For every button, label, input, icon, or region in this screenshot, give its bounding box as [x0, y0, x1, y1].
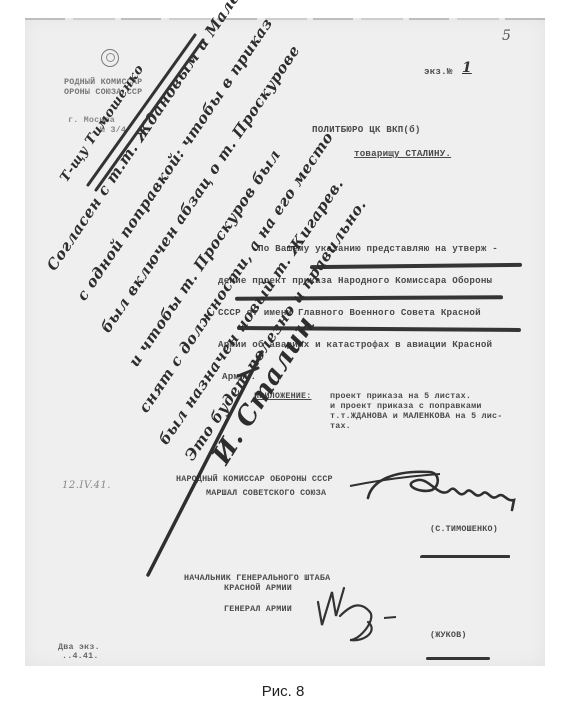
- underline-stroke: [426, 657, 490, 660]
- attachment-line-4: тах.: [330, 422, 351, 432]
- state-emblem-icon: [101, 49, 119, 67]
- attachment-line-3: т.т.ЖДАНОВА и МАЛЕНКОВА на 5 лис-: [330, 412, 502, 422]
- signatory1-title-line1: НАРОДНЫЙ КОМИССАР ОБОРОНЫ СССР: [176, 475, 333, 485]
- footer-line2: ..4.41.: [62, 652, 99, 662]
- date-note: 12.IV.41.: [62, 480, 111, 491]
- copy-number: 1: [462, 60, 472, 76]
- signatory2-title-line2: КРАСНОЙ АРМИИ: [224, 584, 292, 594]
- signatory2-name: (ЖУКОВ): [430, 631, 467, 641]
- signatory2-title-line3: ГЕНЕРАЛ АРМИИ: [224, 605, 292, 615]
- signatory1-name: (С.ТИМОШЕНКО): [430, 525, 498, 535]
- copy-label: экз.№: [424, 66, 453, 77]
- underline-stroke: [420, 555, 510, 558]
- signatory1-title-line2: МАРШАЛ СОВЕТСКОГО СОЮЗА: [206, 489, 326, 499]
- figure-caption: Рис. 8: [0, 683, 566, 700]
- page-number: 5: [502, 28, 511, 44]
- addressee-line2: товарищу СТАЛИНУ.: [354, 148, 451, 159]
